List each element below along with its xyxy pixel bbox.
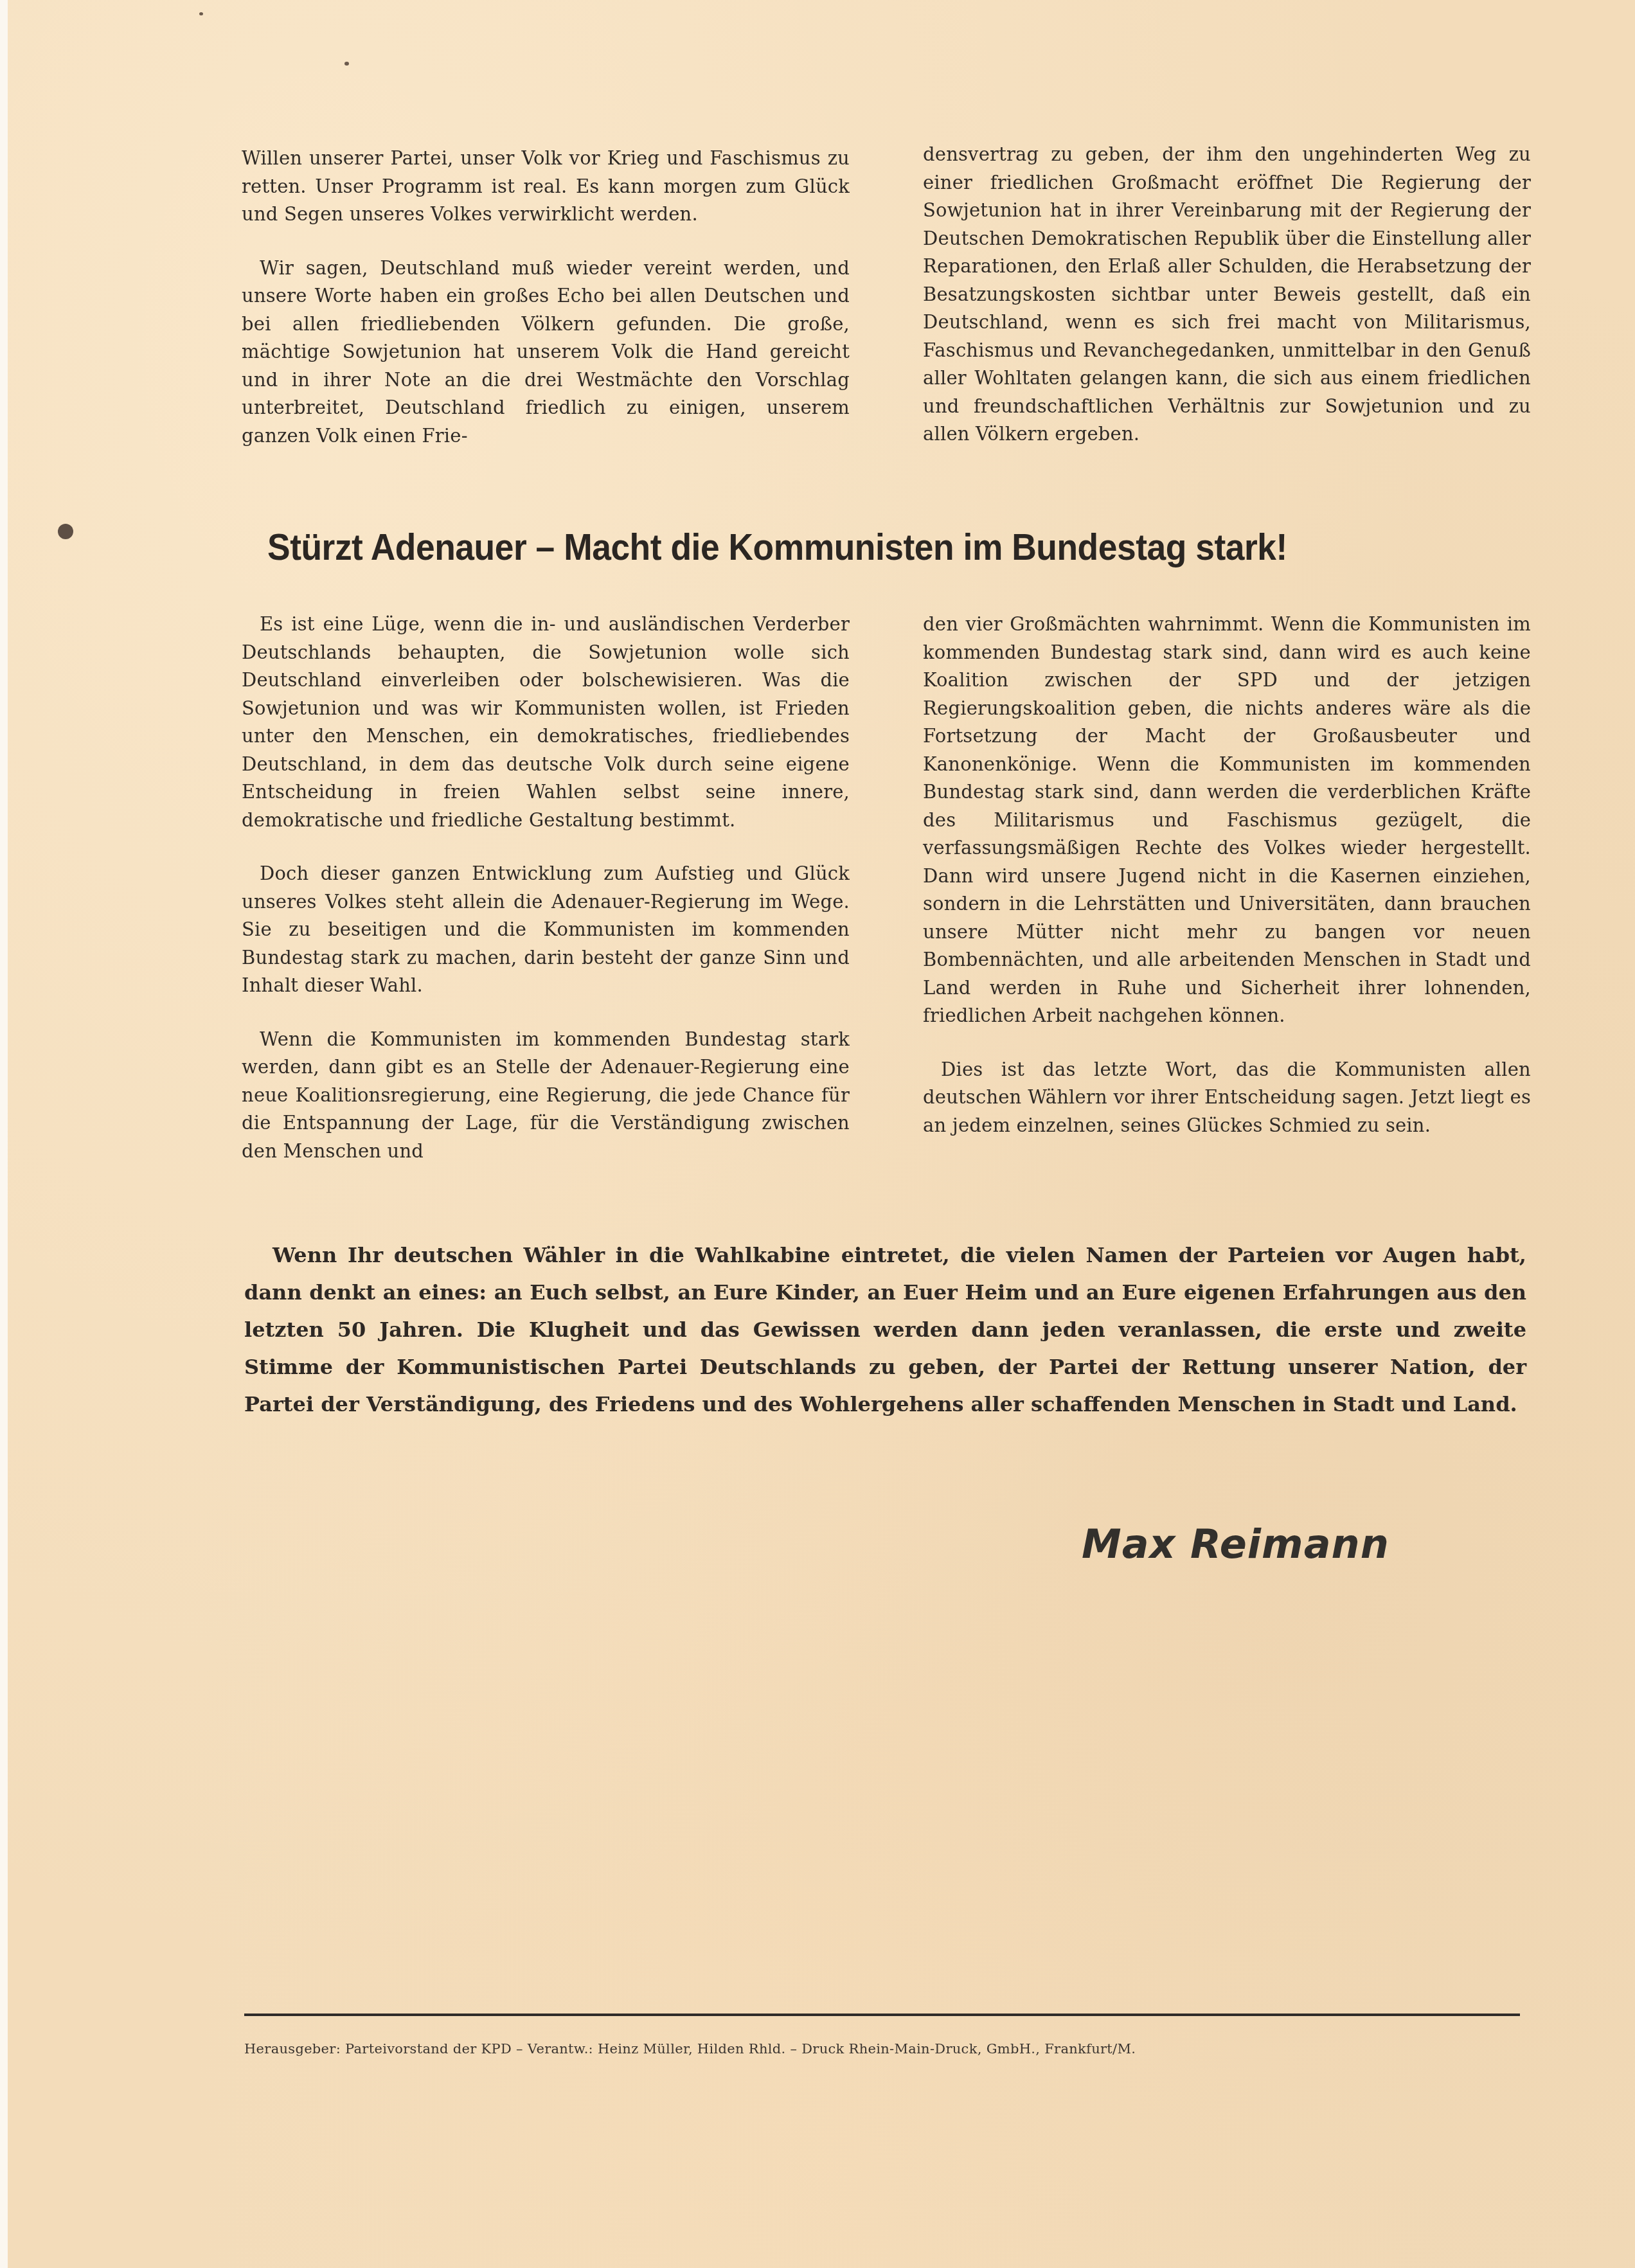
top-left-column: Willen unserer Partei, unser Volk vor Kr… <box>242 145 850 450</box>
headline: Stürzt Adenauer – Macht die Kommunisten … <box>267 526 1402 569</box>
paragraph: densvertrag zu geben, der ihm den ungehi… <box>923 141 1531 449</box>
paragraph: Wir sagen, Deutschland muß wieder verein… <box>242 254 850 451</box>
middle-right-column: den vier Großmächten wahrnimmt. Wenn die… <box>923 611 1531 1139</box>
paragraph: den vier Großmächten wahrnimmt. Wenn die… <box>923 611 1531 1030</box>
paragraph: Es ist eine Lüge, wenn die in- und auslä… <box>242 611 850 834</box>
paragraph: Dies ist das letzte Wort, das die Kommun… <box>923 1056 1531 1140</box>
paragraph: Doch dieser ganzen Entwicklung zum Aufst… <box>242 860 850 1000</box>
scan-edge <box>0 0 8 2268</box>
top-right-column: densvertrag zu geben, der ihm den ungehi… <box>923 141 1531 449</box>
imprint: Herausgeber: Parteivorstand der KPD – Ve… <box>244 2041 1530 2057</box>
footer-divider <box>244 2014 1520 2016</box>
closing-paragraph: Wenn Ihr deutschen Wähler in die Wahlkab… <box>244 1237 1526 1423</box>
closing-appeal: Wenn Ihr deutschen Wähler in die Wahlkab… <box>244 1237 1526 1423</box>
paper-speck <box>199 12 203 15</box>
signature: Max Reimann <box>1082 1521 1389 1567</box>
middle-left-column: Es ist eine Lüge, wenn die in- und auslä… <box>242 611 850 1165</box>
paragraph: Willen unserer Partei, unser Volk vor Kr… <box>242 145 850 229</box>
paper-stain <box>58 524 73 539</box>
paper-speck <box>344 62 349 66</box>
paragraph: Wenn die Kommunisten im kommenden Bundes… <box>242 1026 850 1166</box>
